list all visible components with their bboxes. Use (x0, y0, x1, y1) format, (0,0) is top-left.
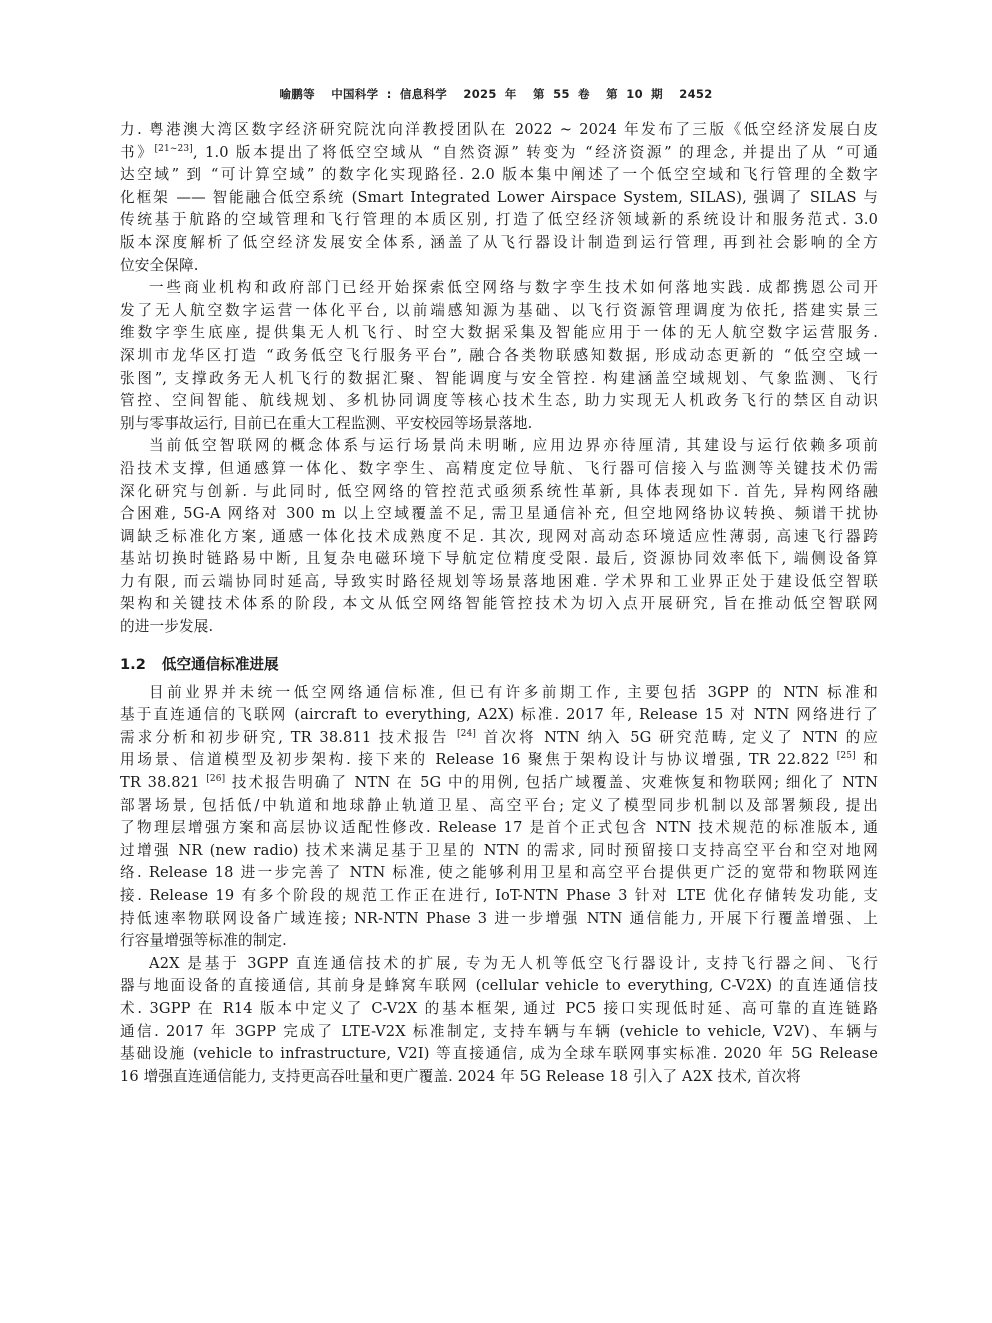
text-line: 目前业界并未统一低空网络通信标准, 但已有许多前期工作, 主要包括 3GPP 的… (120, 682, 878, 705)
text-line: 基于直连通信的飞联网 (aircraft to everything, A2X)… (120, 704, 878, 727)
text-line: 通信. 2017 年 3GPP 完成了 LTE-V2X 标准制定, 支持车辆与车… (120, 1021, 878, 1044)
article-body: 力. 粤港澳大湾区数字经济研究院沈向洋教授团队在 2022 ~ 2024 年发布… (120, 119, 878, 1088)
citation-ref[interactable]: [26] (206, 774, 225, 784)
paragraph: A2X 是基于 3GPP 直连通信技术的扩展, 专为无人机等低空飞行器设计, 支… (120, 953, 878, 1089)
paragraph: 当前低空智联网的概念体系与运行场景尚未明晰, 应用边界亦待厘清, 其建设与运行依… (120, 435, 878, 638)
text-line: 持低速率物联网设备广域连接; NR-NTN Phase 3 进一步增强 NTN … (120, 908, 878, 931)
text-line: 一些商业机构和政府部门已经开始探索低空网络与数字孪生技术如何落地实践. 成都携恩… (120, 277, 878, 300)
text-line: 化框架 —— 智能融合低空系统 (Smart Integrated Lower … (120, 187, 878, 210)
text-line: 接. Release 19 有多个阶段的规范工作正在进行, IoT-NTN Ph… (120, 885, 878, 908)
header-authors: 喻鹏等 (279, 87, 314, 101)
text-line: 传统基于航路的空域管理和飞行管理的本质区别, 打造了低空经济领域新的系统设计和服… (120, 209, 878, 232)
citation-ref[interactable]: [25] (837, 751, 856, 761)
section-heading: 1.2低空通信标准进展 (120, 652, 878, 678)
text-line: 的进一步发展. (120, 616, 878, 639)
header-journal: 中国科学 : 信息科学 (331, 87, 447, 101)
text-line: 用场景、信道模型及初步架构. 接下来的 Release 16 聚焦于架构设计与协… (120, 749, 878, 772)
running-header: 喻鹏等 中国科学 : 信息科学 2025 年 第 55 卷 第 10 期 245… (0, 86, 992, 102)
paragraph: 目前业界并未统一低空网络通信标准, 但已有许多前期工作, 主要包括 3GPP 的… (120, 682, 878, 953)
text-line: 调缺乏标准化方案, 通感一体化技术成熟度不足. 其次, 现网对高动态环境适应性薄… (120, 526, 878, 549)
text-line: 维数字孪生底座, 提供集无人机飞行、时空大数据采集及智能应用于一体的无人航空数字… (120, 322, 878, 345)
intro-paragraphs: 力. 粤港澳大湾区数字经济研究院沈向洋教授团队在 2022 ~ 2024 年发布… (120, 119, 878, 639)
text-line: 别与零事故运行, 目前已在重大工程监测、平安校园等场景落地. (120, 413, 878, 436)
header-issue: 第 10 期 (606, 87, 663, 101)
text-line: 需求分析和初步研究, TR 38.811 技术报告 [24] 首次将 NTN 纳… (120, 727, 878, 750)
text-line: 位安全保障. (120, 255, 878, 278)
text-line: 张图”, 支撑政务无人机飞行的数据汇聚、智能调度与安全管控. 构建涵盖空域规划、… (120, 368, 878, 391)
text-line: 力. 粤港澳大湾区数字经济研究院沈向洋教授团队在 2022 ~ 2024 年发布… (120, 119, 878, 142)
text-line: 书》[21~23], 1.0 版本提出了将低空空域从 “自然资源” 转变为 “经… (120, 142, 878, 165)
text-line: 达空域” 到 “可计算空域” 的数字化实现路径. 2.0 版本集中阐述了一个低空… (120, 164, 878, 187)
citation-ref[interactable]: [21~23] (154, 144, 193, 154)
text-line: 行容量增强等标准的制定. (120, 930, 878, 953)
text-line: 过增强 NR (new radio) 技术来满足基于卫星的 NTN 的需求, 同… (120, 840, 878, 863)
text-line: 器与地面设备的直接通信, 其前身是蜂窝车联网 (cellular vehicle… (120, 975, 878, 998)
text-line: 深化研究与创新. 与此同时, 低空网络的管控范式亟须系统性革新, 具体表现如下.… (120, 481, 878, 504)
text-line: 沿技术支撑, 但通感算一体化、数字孪生、高精度定位导航、飞行器可信接入与监测等关… (120, 458, 878, 481)
paragraph: 力. 粤港澳大湾区数字经济研究院沈向洋教授团队在 2022 ~ 2024 年发布… (120, 119, 878, 277)
text-line: 当前低空智联网的概念体系与运行场景尚未明晰, 应用边界亦待厘清, 其建设与运行依… (120, 435, 878, 458)
header-page-number: 2452 (679, 87, 712, 101)
text-line: 深圳市龙华区打造 “政务低空飞行服务平台”, 融合各类物联感知数据, 形成动态更… (120, 345, 878, 368)
text-line: 力有限, 而云端协同时延高, 导致实时路径规划等场景落地困难. 学术界和工业界正… (120, 571, 878, 594)
section-number: 1.2 (120, 656, 146, 673)
text-line: 管控、空间智能、航线规划、多机协同调度等核心技术生态, 助力实现无人机政务飞行的… (120, 390, 878, 413)
text-line: TR 38.821 [26] 技术报告明确了 NTN 在 5G 中的用例, 包括… (120, 772, 878, 795)
text-line: 发了无人航空数字运营一体化平台, 以前端感知源为基础、以飞行资源管理调度为依托,… (120, 300, 878, 323)
text-line: 16 增强直连通信能力, 支持更高吞吐量和更广覆盖. 2024 年 5G Rel… (120, 1066, 878, 1089)
section-paragraphs: 目前业界并未统一低空网络通信标准, 但已有许多前期工作, 主要包括 3GPP 的… (120, 682, 878, 1089)
paragraph: 一些商业机构和政府部门已经开始探索低空网络与数字孪生技术如何落地实践. 成都携恩… (120, 277, 878, 435)
header-volume: 第 55 卷 (533, 87, 590, 101)
text-line: 基站切换时链路易中断, 且复杂电磁环境下导航定位精度受限. 最后, 资源协同效率… (120, 548, 878, 571)
text-line: 术. 3GPP 在 R14 版本中定义了 C-V2X 的基本框架, 通过 PC5… (120, 998, 878, 1021)
text-line: 基础设施 (vehicle to infrastructure, V2I) 等直… (120, 1043, 878, 1066)
section-title: 低空通信标准进展 (162, 656, 279, 673)
text-line: 部署场景, 包括低/中轨道和地球静止轨道卫星、高空平台; 定义了模型同步机制以及… (120, 795, 878, 818)
text-line: 版本深度解析了低空经济发展安全体系, 涵盖了从飞行器设计制造到运行管理, 再到社… (120, 232, 878, 255)
text-line: 合困难, 5G-A 网络对 300 m 以上空域覆盖不足, 需卫星通信补充, 但… (120, 503, 878, 526)
header-year: 2025 年 (463, 87, 516, 101)
citation-ref[interactable]: [24] (457, 729, 476, 739)
text-line: A2X 是基于 3GPP 直连通信技术的扩展, 专为无人机等低空飞行器设计, 支… (120, 953, 878, 976)
text-line: 了物理层增强方案和高层协议适配性修改. Release 17 是首个正式包含 N… (120, 817, 878, 840)
text-line: 络. Release 18 进一步完善了 NTN 标准, 使之能够利用卫星和高空… (120, 862, 878, 885)
text-line: 架构和关键技术体系的阶段, 本文从低空网络智能管控技术为切入点开展研究, 旨在推… (120, 593, 878, 616)
